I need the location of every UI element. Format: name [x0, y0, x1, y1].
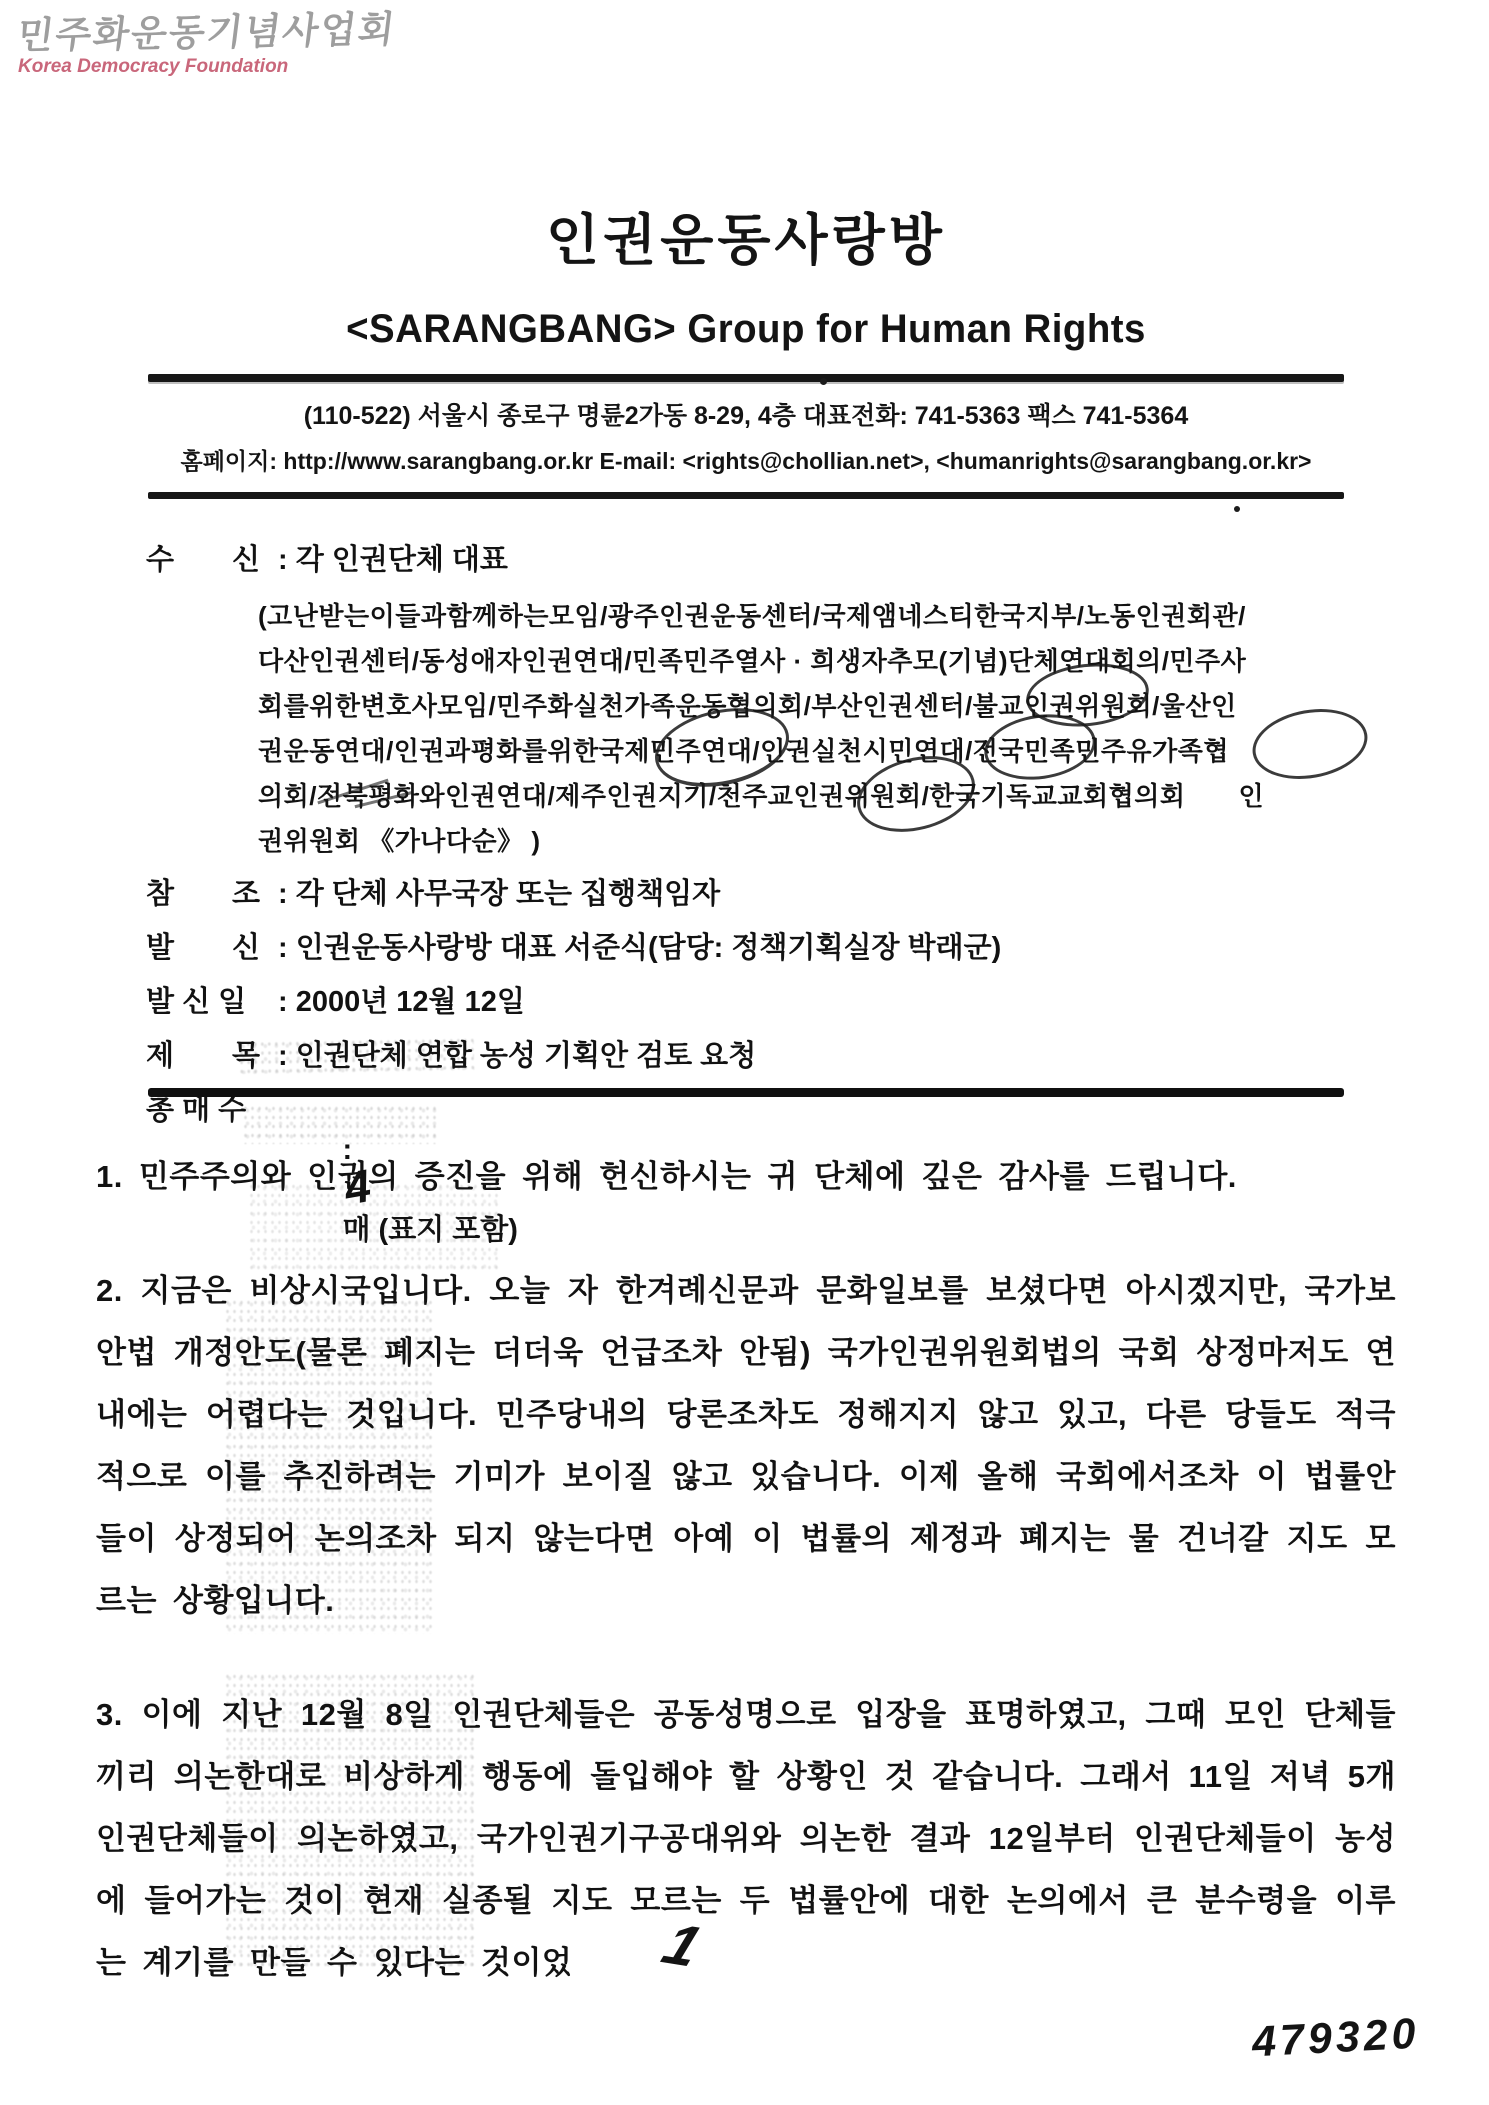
field-cc: 참 조 : 각 단체 사무국장 또는 집행책임자	[146, 874, 1402, 914]
field-subject: 제 목 : 인권단체 연합 농성 기획안 검토 요청	[146, 1036, 1402, 1076]
letter-body: 1. 민주주의와 인권의 증진을 위해 헌신하시는 귀 단체에 깊은 감사를 드…	[96, 1146, 1396, 2046]
field-to: 수 신 : 각 인권단체 대표	[146, 540, 1402, 580]
recipient-line: 의회/전북평화와인권연대/제주인권지기/천주교인권위원회/한국기독교교회협의회 …	[258, 774, 1392, 819]
field-date-value: : 2000년 12월 12일	[278, 982, 525, 1022]
org-subtitle: <SARANGBANG> Group for Human Rights	[172, 307, 1320, 352]
paragraph-1: 1. 민주주의와 인권의 증진을 위해 헌신하시는 귀 단체에 깊은 감사를 드…	[96, 1146, 1396, 1208]
foundation-logo-english: Korea Democracy Foundation	[18, 57, 395, 77]
paragraph-2: 2. 지금은 비상시국입니다. 오늘 자 한겨례신문과 문화일보를 보셨다면 아…	[96, 1260, 1396, 1632]
recipient-line: (고난받는이들과함께하는모임/광주인권운동센터/국제앰네스티한국지부/노동인권회…	[258, 594, 1392, 639]
paragraph-3: 3. 이에 지난 12월 8일 인권단체들은 공동성명으로 입장을 표명하였고,…	[96, 1684, 1396, 1994]
field-subject-label: 제 목	[146, 1036, 278, 1076]
address-line: (110-522) 서울시 종로구 명륜2가동 8-29, 4층 대표전화: 7…	[148, 396, 1344, 432]
recipient-line: 권위원회 《가나다순》 )	[258, 819, 1392, 864]
field-from-value: : 인권운동사랑방 대표 서준식(담당: 정책기획실장 박래군)	[278, 928, 1001, 968]
recipient-line: 회를위한변호사모임/민주화실천가족운동협의회/부산인권센터/불교인권위원회/울산…	[258, 684, 1392, 729]
letterhead-divider-bottom	[148, 492, 1344, 499]
handwritten-archive-number: 479320	[1251, 2010, 1421, 2068]
field-to-label: 수 신	[146, 540, 278, 580]
ink-speck	[820, 378, 827, 385]
recipient-line: 다산인권센터/동성애자인권연대/민족민주열사 · 희생자추모(기념)단체연대회의…	[258, 639, 1392, 684]
foundation-logo-korean-icon: 민주화운동기념사업회	[15, 11, 398, 56]
ink-speck	[1234, 506, 1240, 512]
letterhead: 인권운동사랑방 <SARANGBANG> Group for Human Rig…	[148, 196, 1344, 499]
body-divider	[148, 1088, 1344, 1097]
contact-info: (110-522) 서울시 종로구 명륜2가동 8-29, 4층 대표전화: 7…	[148, 396, 1344, 476]
recipient-org-list: (고난받는이들과함께하는모임/광주인권운동센터/국제앰네스티한국지부/노동인권회…	[258, 594, 1392, 864]
foundation-logo: 민주화운동기념사업회 Korea Democracy Foundation	[18, 14, 395, 77]
field-to-value: : 각 인권단체 대표	[278, 540, 508, 580]
scanned-document-page: 민주화운동기념사업회 Korea Democracy Foundation 인권…	[0, 0, 1489, 2105]
field-cc-value: : 각 단체 사무국장 또는 집행책임자	[278, 874, 720, 914]
web-email-line: 홈페이지: http://www.sarangbang.or.kr E-mail…	[148, 443, 1344, 476]
org-title: 인권운동사랑방	[148, 196, 1344, 275]
letterhead-divider-top	[148, 374, 1344, 382]
field-from: 발 신 : 인권운동사랑방 대표 서준식(담당: 정책기획실장 박래군)	[146, 928, 1402, 968]
recipient-line: 권운동연대/인권과평화를위한국제민주연대/인권실천시민연대/전국민족민주유가족협	[258, 729, 1392, 774]
field-date: 발 신 일 : 2000년 12월 12일	[146, 982, 1402, 1022]
field-from-label: 발 신	[146, 928, 278, 968]
field-cc-label: 참 조	[146, 874, 278, 914]
field-date-label: 발 신 일	[146, 982, 278, 1022]
field-subject-value: : 인권단체 연합 농성 기획안 검토 요청	[278, 1036, 756, 1076]
